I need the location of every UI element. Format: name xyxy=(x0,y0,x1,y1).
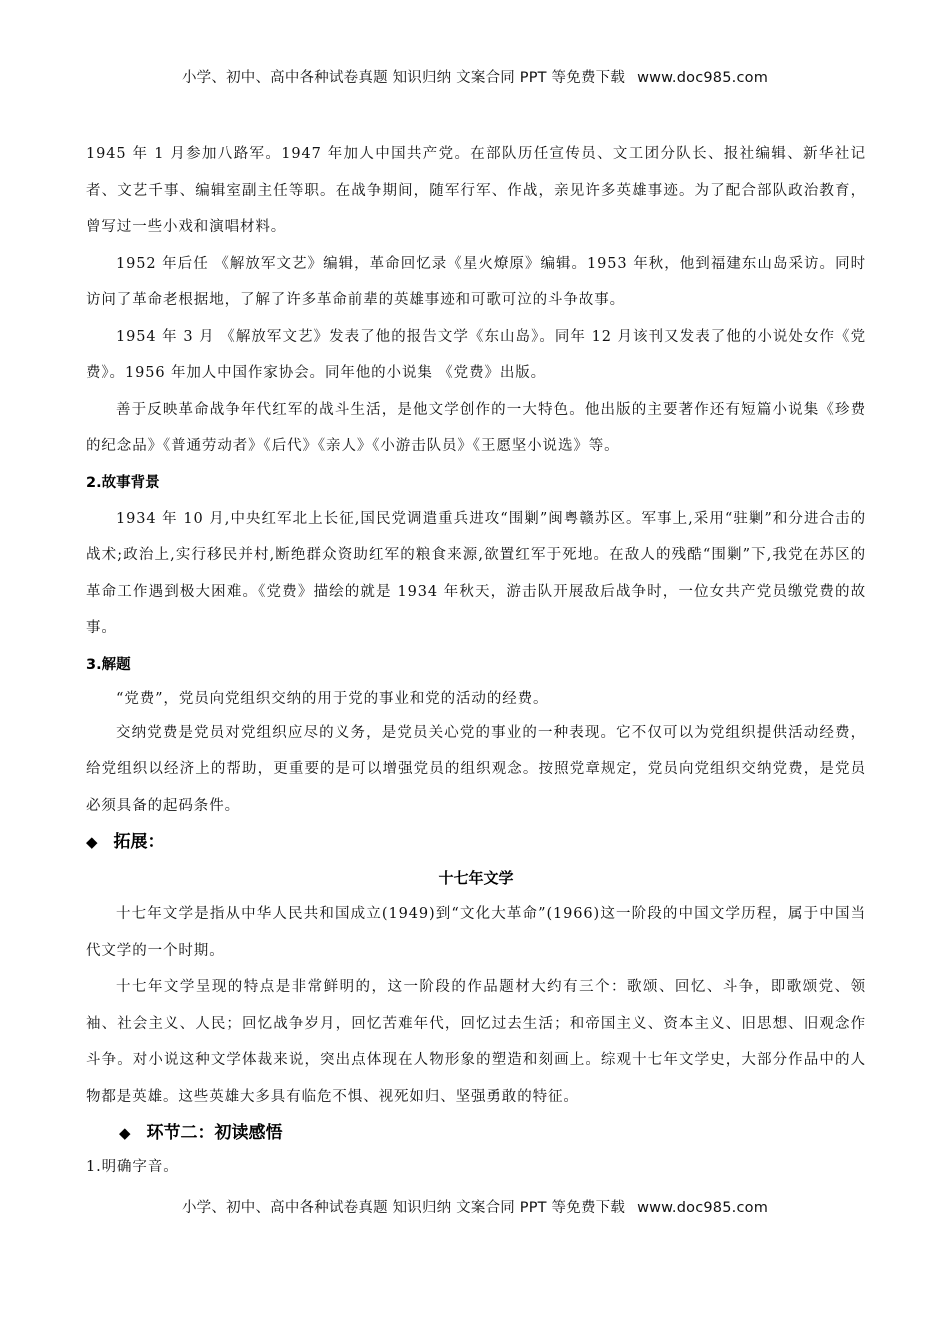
extension-title: 十七年文学 xyxy=(86,860,866,896)
story-background-paragraph: 1934 年 10 月,中央红军北上长征,国民党调遣重兵进攻“围剿”闽粤赣苏区。… xyxy=(86,501,866,647)
section-two-heading: ◆ 环节二：初读感悟 xyxy=(86,1115,866,1151)
author-bio-paragraph-4: 善于反映革命战争年代红军的战斗生活，是他文学创作的一大特色。他出版的主要著作还有… xyxy=(86,392,866,465)
section-two-heading-label: 环节二：初读感悟 xyxy=(147,1115,283,1151)
diamond-bullet-icon: ◆ xyxy=(119,1115,131,1151)
author-bio-paragraph-3: 1954 年 3 月 《解放军文艺》发表了他的报告文学《东山岛》。同年 12 月… xyxy=(86,319,866,392)
diamond-bullet-icon: ◆ xyxy=(86,824,98,860)
page-header: 小学、初中、高中各种试卷真题 知识归纳 文案合同 PPT 等免费下载www.do… xyxy=(0,66,950,87)
author-bio-paragraph-2: 1952 年后任 《解放军文艺》编辑，革命回忆录《星火燎原》编辑。1953 年秋… xyxy=(86,246,866,319)
extension-heading-label: 拓展： xyxy=(114,824,165,860)
story-background-heading: 2.故事背景 xyxy=(86,465,866,501)
title-explain-paragraph-2: 交纳党费是党员对党组织应尽的义务，是党员关心党的事业的一种表现。它不仅可以为党组… xyxy=(86,715,866,825)
footer-text: 小学、初中、高中各种试卷真题 知识归纳 文案合同 PPT 等免费下载 xyxy=(182,1200,625,1216)
header-url: www.doc985.com xyxy=(637,70,768,86)
header-text: 小学、初中、高中各种试卷真题 知识归纳 文案合同 PPT 等免费下载 xyxy=(182,70,625,86)
section-two-item-1: 1.明确字音。 xyxy=(86,1151,866,1183)
extension-paragraph-1: 十七年文学是指从中华人民共和国成立(1949)到“文化大革命”(1966)这一阶… xyxy=(86,896,866,969)
author-bio-paragraph-1: 1945 年 1 月参加八路军。1947 年加人中国共产党。在部队历任宣传员、文… xyxy=(86,136,866,246)
extension-heading: ◆ 拓展： xyxy=(86,824,866,860)
page-footer: 小学、初中、高中各种试卷真题 知识归纳 文案合同 PPT 等免费下载www.do… xyxy=(0,1196,950,1217)
document-body: 1945 年 1 月参加八路军。1947 年加人中国共产党。在部队历任宣传员、文… xyxy=(86,136,866,1183)
title-explain-heading: 3.解题 xyxy=(86,647,866,683)
footer-url: www.doc985.com xyxy=(637,1200,768,1216)
extension-paragraph-2: 十七年文学呈现的特点是非常鲜明的，这一阶段的作品题材大约有三个：歌颂、回忆、斗争… xyxy=(86,969,866,1115)
title-explain-paragraph-1: “党费”，党员向党组织交纳的用于党的事业和党的活动的经费。 xyxy=(86,683,866,715)
